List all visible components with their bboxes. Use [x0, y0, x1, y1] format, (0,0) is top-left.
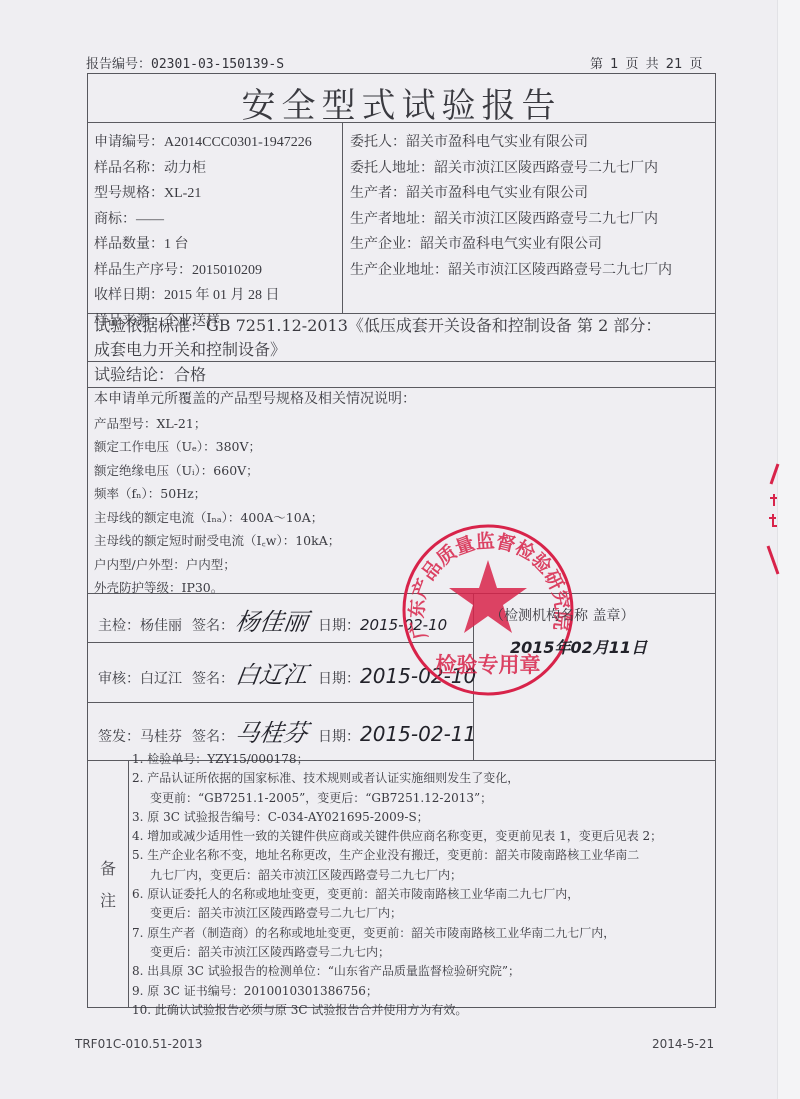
sample-field-value: 2015010209	[192, 263, 262, 278]
remark-line: 9. 原 3C 证书编号：2010010301386756；	[132, 982, 662, 1001]
test-standard-line-1: 试验依据标准：GB 7251.12-2013《低压成套开关设备和控制设备 第 2…	[94, 314, 661, 338]
sample-field-label: 商标：	[94, 211, 136, 227]
sample-field-label: 申请编号：	[94, 134, 164, 150]
spec-line: 频率（fₙ）：50Hz；	[94, 482, 416, 506]
report-number-value: 02301-03-150139-S	[151, 57, 284, 72]
remark-line: 6. 原认证委托人的名称或地址变更，变更前：韶关市陵南路核工业华南二九七厂内，	[132, 885, 662, 904]
client-field-label: 生产企业地址：	[350, 262, 448, 278]
spec-lead: 本申请单元所覆盖的产品型号规格及相关情况说明：	[94, 388, 416, 412]
spec-line: 额定工作电压（Uₑ）：380V；	[94, 435, 416, 459]
page-indicator: 第 1 页 共 21 页	[590, 53, 702, 72]
handwritten-signature: 杨佳丽	[234, 602, 311, 637]
remarks-list: 1. 检验单号：YZY15/000178；2. 产品认证所依据的国家标准、技术规…	[132, 750, 662, 1020]
test-standard: 试验依据标准：GB 7251.12-2013《低压成套开关设备和控制设备 第 2…	[94, 314, 661, 362]
client-field-value: 韶关市盈科电气实业有限公司	[406, 186, 588, 201]
test-standard-line-2: 成套电力开关和控制设备》	[94, 338, 661, 362]
sample-field-value: 2015 年 01 月 28 日	[164, 288, 280, 303]
client-field-label: 委托人：	[350, 134, 406, 150]
divider	[128, 760, 129, 1007]
signature-label: 签名：	[192, 671, 234, 687]
handwritten-signature: 白辽江	[234, 655, 311, 690]
report-title: 安全型式试验报告	[88, 78, 715, 127]
date-label: 日期：	[318, 729, 360, 745]
remark-line: 4. 增加或减少适用性一致的关键件供应商或关键件供应商名称变更，变更前见表 1，…	[132, 827, 662, 846]
scanned-page-edge	[777, 0, 800, 1099]
client-field-row: 生产者：韶关市盈科电气实业有限公司	[350, 181, 672, 207]
sample-field-row: 样品生产序号：2015010209	[94, 258, 312, 284]
remark-line: 变更前：“GB7251.1-2005”，变更后：“GB7251.12-2013”…	[132, 789, 662, 808]
remark-line: 10. 此确认试验报告必须与原 3C 试验报告合并使用方为有效。	[132, 1001, 662, 1020]
cross-page-seal-fragment	[766, 462, 780, 582]
client-field-value: 韶关市浈江区陵西路壹号二九七厂内	[434, 212, 658, 227]
remark-line: 5. 生产企业名称不变，地址名称更改，生产企业没有搬迁，变更前：韶关市陵南路核工…	[132, 846, 662, 865]
divider	[88, 702, 473, 703]
signature-role-label: 主检：	[98, 618, 140, 634]
signature-role-label: 签发：	[98, 729, 140, 745]
sample-field-label: 型号规格：	[94, 185, 164, 201]
sample-field-value: XL-21	[164, 186, 201, 201]
client-field-value: 韶关市盈科电气实业有限公司	[406, 135, 588, 150]
sample-field-label: 收样日期：	[94, 287, 164, 303]
signature-row: 签发：马桂芬签名：马桂芬日期：2015-02-11	[98, 713, 476, 748]
signature-label: 签名：	[192, 729, 234, 745]
spec-line: 产品型号：XL-21；	[94, 412, 416, 436]
sample-field-value: A2014CCC0301-1947226	[164, 135, 312, 150]
divider	[342, 122, 343, 313]
remarks-label-char: 备	[100, 853, 116, 885]
form-date: 2014-5-21	[652, 1037, 714, 1051]
sample-field-value: ——	[136, 212, 164, 227]
sample-field-value: 1 台	[164, 237, 189, 252]
client-field-row: 生产企业：韶关市盈科电气实业有限公司	[350, 232, 672, 258]
client-field-row: 委托人地址：韶关市浈江区陵西路壹号二九七厂内	[350, 156, 672, 182]
signature-role-label: 审核：	[98, 671, 140, 687]
remark-line: 九七厂内，变更后：韶关市浈江区陵西路壹号二九七厂内；	[132, 866, 662, 885]
sample-field-label: 样品名称：	[94, 160, 164, 176]
date-label: 日期：	[318, 618, 360, 634]
client-field-row: 委托人：韶关市盈科电气实业有限公司	[350, 130, 672, 156]
sample-info: 申请编号：A2014CCC0301-1947226样品名称：动力柜型号规格：XL…	[94, 130, 312, 334]
client-field-label: 生产者：	[350, 185, 406, 201]
sample-field-row: 型号规格：XL-21	[94, 181, 312, 207]
signer-name: 马桂芬	[140, 729, 182, 745]
remark-line: 1. 检验单号：YZY15/000178；	[132, 750, 662, 769]
spec-line: 户内型/户外型：户内型；	[94, 553, 416, 577]
handwritten-date: 2015-02-11	[360, 722, 476, 746]
sample-field-row: 商标：——	[94, 207, 312, 233]
client-field-label: 生产企业：	[350, 236, 420, 252]
client-field-value: 韶关市浈江区陵西路壹号二九七厂内	[448, 263, 672, 278]
date-label: 日期：	[318, 671, 360, 687]
signer-name: 杨佳丽	[140, 618, 182, 634]
remark-line: 变更后：韶关市浈江区陵西路壹号二九七内；	[132, 943, 662, 962]
signer-name: 白辽江	[140, 671, 182, 687]
spec-line: 主母线的额定电流（Iₙₐ）：400A～10A；	[94, 506, 416, 530]
client-field-value: 韶关市浈江区陵西路壹号二九七厂内	[434, 161, 658, 176]
sample-field-row: 申请编号：A2014CCC0301-1947226	[94, 130, 312, 156]
client-field-value: 韶关市盈科电气实业有限公司	[420, 237, 602, 252]
sample-field-label: 样品生产序号：	[94, 262, 192, 278]
remark-line: 2. 产品认证所依据的国家标准、技术规则或者认证实施细则发生了变化，	[132, 769, 662, 788]
client-field-label: 生产者地址：	[350, 211, 434, 227]
product-spec: 本申请单元所覆盖的产品型号规格及相关情况说明： 产品型号：XL-21；额定工作电…	[94, 388, 416, 600]
signature-row: 主检：杨佳丽签名：杨佳丽日期：2015-02-10	[98, 602, 447, 637]
spec-line: 主母线的额定短时耐受电流（I꜀w）：10kA；	[94, 529, 416, 553]
client-field-row: 生产企业地址：韶关市浈江区陵西路壹号二九七厂内	[350, 258, 672, 284]
spec-line: 外壳防护等级：IP30。	[94, 576, 416, 600]
remark-line: 8. 出具原 3C 试验报告的检测单位：“山东省产品质量监督检验研究院”；	[132, 962, 662, 981]
remarks-label-char: 注	[100, 885, 116, 917]
handwritten-signature: 马桂芬	[234, 713, 311, 748]
report-number-label: 报告编号：	[86, 57, 151, 72]
sample-field-label: 样品数量：	[94, 236, 164, 252]
sample-field-row: 收样日期：2015 年 01 月 28 日	[94, 283, 312, 309]
sample-field-row: 样品数量：1 台	[94, 232, 312, 258]
signature-label: 签名：	[192, 618, 234, 634]
test-conclusion: 试验结论：合格	[94, 363, 206, 387]
remark-line: 变更后：韶关市浈江区陵西路壹号二九七厂内；	[132, 904, 662, 923]
sample-field-row: 样品名称：动力柜	[94, 156, 312, 182]
sample-field-value: 动力柜	[164, 161, 206, 176]
client-field-label: 委托人地址：	[350, 160, 434, 176]
remarks-label: 备 注	[88, 760, 128, 1009]
remark-line: 7. 原生产者（制造商）的名称或地址变更，变更前：韶关市陵南路核工业华南二九七厂…	[132, 924, 662, 943]
client-info: 委托人：韶关市盈科电气实业有限公司委托人地址：韶关市浈江区陵西路壹号二九七厂内生…	[350, 130, 672, 283]
seal-date: 2015年02月11日	[510, 635, 647, 658]
form-number: TRF01C-010.51-2013	[75, 1037, 202, 1051]
client-field-row: 生产者地址：韶关市浈江区陵西路壹号二九七厂内	[350, 207, 672, 233]
spec-line: 额定绝缘电压（Uᵢ）：660V；	[94, 459, 416, 483]
remark-line: 3. 原 3C 试验报告编号：C-034-AY021695-2009-S；	[132, 808, 662, 827]
seal-caption: （检测机构名称 盖章）	[490, 605, 634, 625]
report-number: 报告编号：02301-03-150139-S	[86, 53, 284, 72]
